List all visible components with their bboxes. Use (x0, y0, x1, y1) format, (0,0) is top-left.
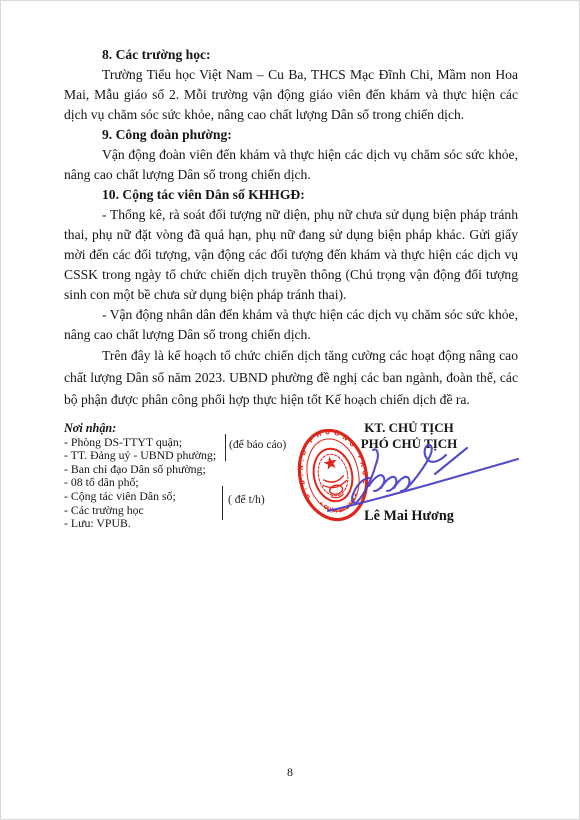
section-10-heading: 10. Cộng tác viên Dân số KHHGĐ: (64, 185, 518, 205)
document-page: 8. Các trường học: Trường Tiểu học Việt … (0, 0, 580, 820)
recipients-group-bracket-2 (222, 486, 223, 520)
recipient-item: - TT. Đảng uỷ - UBND phường; (64, 449, 264, 463)
recipients-group-bracket-1 (225, 434, 226, 461)
document-body: 8. Các trường học: Trường Tiểu học Việt … (64, 45, 518, 411)
closing-paragraph: Trên đây là kế hoạch tổ chức chiến dịch … (64, 345, 518, 411)
recipient-item: - 08 tổ dân phố; (64, 476, 264, 490)
recipients-note-report: (để báo cáo) (229, 438, 286, 451)
recipients-label: Nơi nhận: (64, 422, 264, 436)
section-9-heading: 9. Công đoàn phường: (64, 125, 518, 145)
recipient-item: - Ban chỉ đạo Dân số phường; (64, 463, 264, 477)
section-10-paragraph-2: - Vận động nhân dân đến khám và thực hiệ… (64, 305, 518, 345)
section-10-paragraph-1: - Thống kê, rà soát đối tượng nữ diện, p… (64, 205, 518, 305)
section-8-heading: 8. Các trường học: (64, 45, 518, 65)
section-9-paragraph: Vận động đoàn viên đến khám và thực hiện… (64, 145, 518, 185)
handwritten-signature (299, 434, 529, 529)
page-number: 8 (1, 765, 579, 780)
section-8-paragraph: Trường Tiểu học Việt Nam – Cu Ba, THCS M… (64, 65, 518, 125)
recipient-item: - Lưu: VPUB. (64, 517, 264, 531)
recipients-note-execute: ( để t/h) (228, 493, 265, 506)
